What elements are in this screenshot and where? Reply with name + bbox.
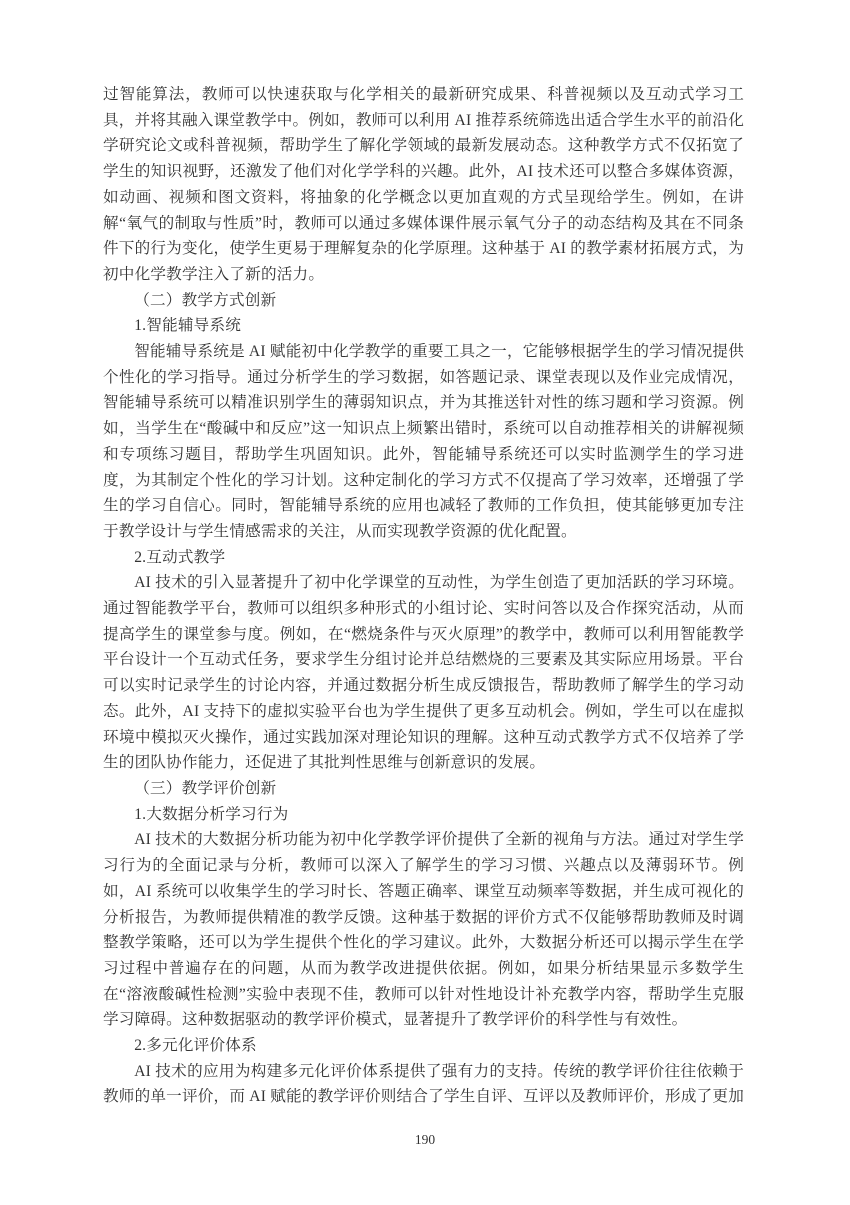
subsection-heading-intelligent-tutoring-system: 1.智能辅导系统 — [103, 313, 744, 339]
subsection-heading-interactive-teaching: 2.互动式教学 — [103, 545, 744, 571]
body-paragraph: AI 技术的大数据分析功能为初中化学教学评价提供了全新的视角与方法。通过对学生学… — [103, 827, 744, 1033]
body-paragraph: AI 技术的引入显著提升了初中化学课堂的互动性，为学生创造了更加活跃的学习环境。… — [103, 570, 744, 776]
subsection-heading-diversified-evaluation-system: 2.多元化评价体系 — [103, 1033, 744, 1059]
section-heading-teaching-method-innovation: （二）教学方式创新 — [103, 288, 744, 314]
body-paragraph: 智能辅导系统是 AI 赋能初中化学教学的重要工具之一，它能够根据学生的学习情况提… — [103, 339, 744, 545]
body-paragraph: AI 技术的应用为构建多元化评价体系提供了强有力的支持。传统的教学评价往往依赖于… — [103, 1059, 744, 1110]
subsection-heading-big-data-analysis: 1.大数据分析学习行为 — [103, 802, 744, 828]
document-text-block: 过智能算法，教师可以快速获取与化学相关的最新研究成果、科普视频以及互动式学习工具… — [103, 82, 744, 1110]
body-paragraph: 过智能算法，教师可以快速获取与化学相关的最新研究成果、科普视频以及互动式学习工具… — [103, 82, 744, 288]
page-number: 190 — [0, 1132, 850, 1148]
section-heading-teaching-evaluation-innovation: （三）教学评价创新 — [103, 776, 744, 802]
document-page: 过智能算法，教师可以快速获取与化学相关的最新研究成果、科普视频以及互动式学习工具… — [0, 0, 850, 1205]
